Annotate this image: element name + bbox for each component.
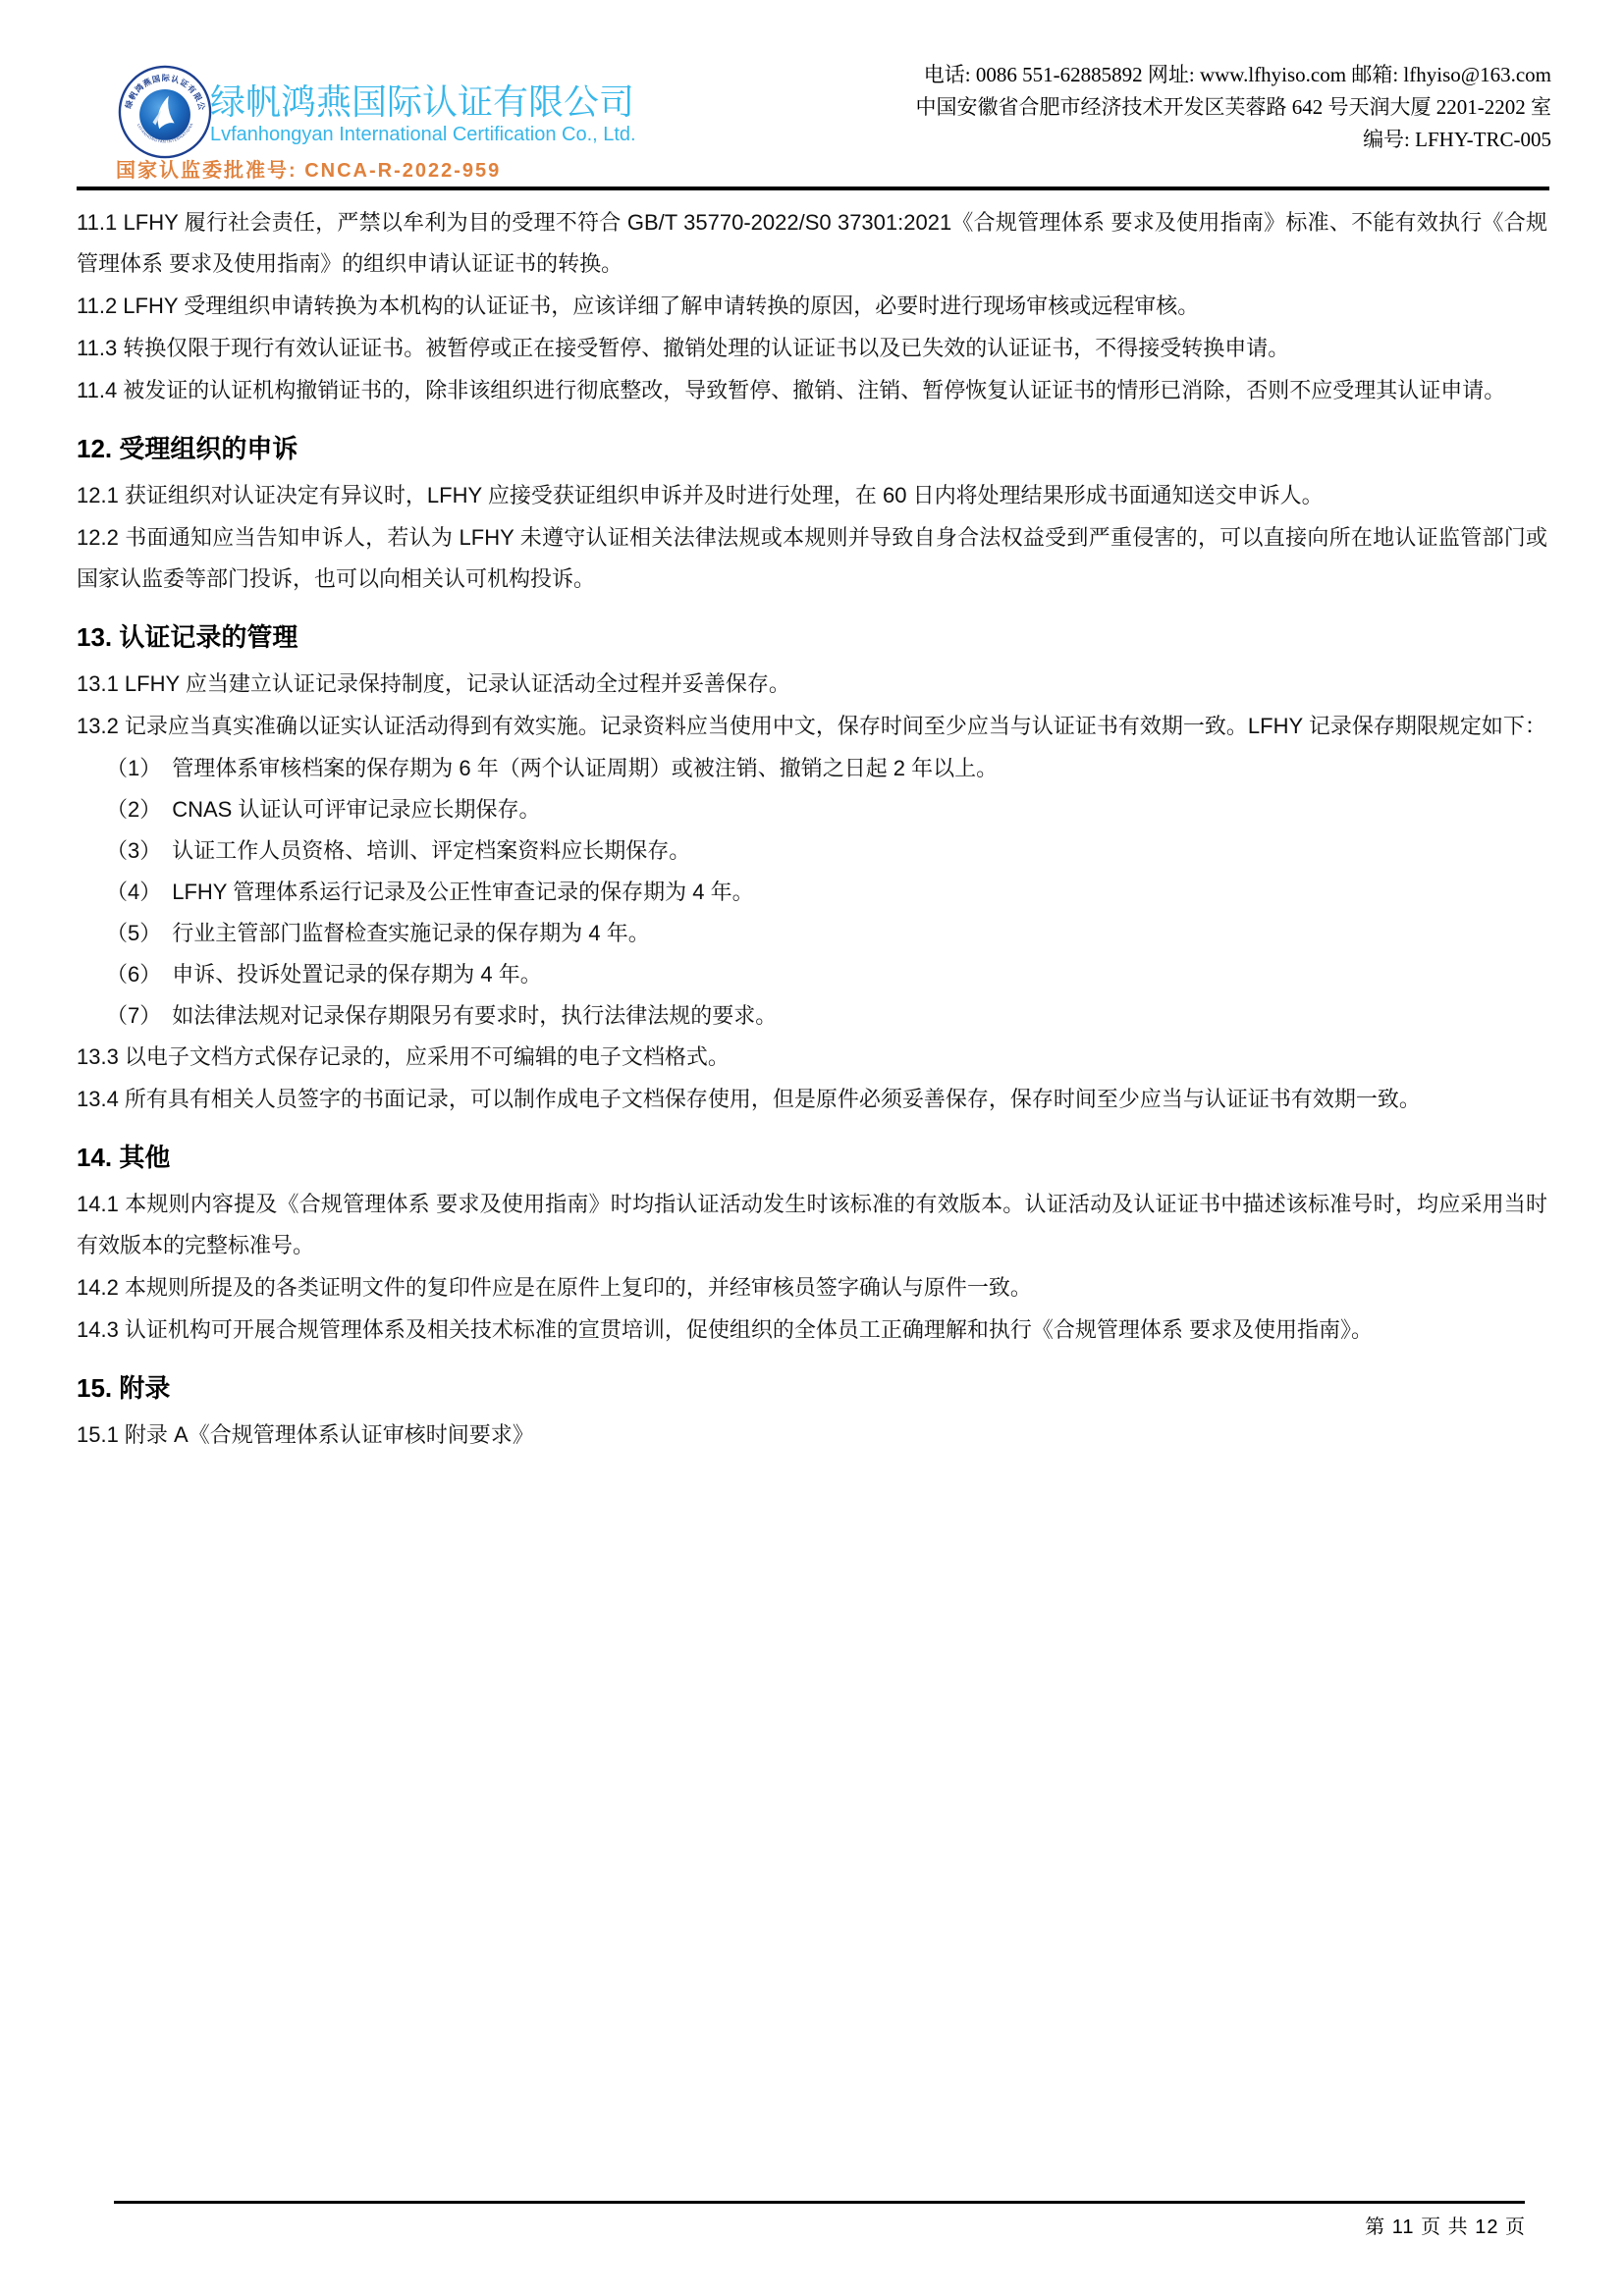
approval-number: 国家认监委批准号: CNCA-R-2022-959 xyxy=(116,154,501,183)
company-logo-icon: 绿帆鸿燕国际认证有限公司 LVFANHONGYAN INTERNATIONAL … xyxy=(118,65,212,159)
paragraph-11-3: 11.3 转换仅限于现行有效认证证书。被暂停或正在接受暂停、撤销处理的认证证书以… xyxy=(77,328,1547,369)
page-number: 第 11 页 共 12 页 xyxy=(1365,2211,1526,2239)
paragraph-13-1: 13.1 LFHY 应当建立认证记录保持制度，记录认证活动全过程并妥善保存。 xyxy=(77,664,1547,705)
paragraph-12-1: 12.1 获证组织对认证决定有异议时，LFHY 应接受获证组织申诉并及时进行处理… xyxy=(77,475,1547,516)
paragraph-11-2: 11.2 LFHY 受理组织申请转换为本机构的认证证书，应该详细了解申请转换的原… xyxy=(77,286,1547,327)
section-15-heading: 15. 附录 xyxy=(77,1366,1547,1410)
section-15: 15. 附录 15.1 附录 A《合规管理体系认证审核时间要求》 xyxy=(77,1366,1547,1456)
paragraph-14-1: 14.1 本规则内容提及《合规管理体系 要求及使用指南》时均指认证活动发生时该标… xyxy=(77,1184,1547,1266)
paragraph-14-3: 14.3 认证机构可开展合规管理体系及相关技术标准的宣贯培训，促使组织的全体员工… xyxy=(77,1309,1547,1351)
doc-number: 编号: LFHY-TRC-005 xyxy=(916,124,1552,156)
company-name-en: Lvfanhongyan International Certification… xyxy=(210,124,636,146)
section-11: 11.1 LFHY 履行社会责任，严禁以牟利为目的受理不符合 GB/T 3577… xyxy=(77,202,1547,411)
section-13: 13. 认证记录的管理 13.1 LFHY 应当建立认证记录保持制度，记录认证活… xyxy=(77,615,1547,1120)
contact-line-phone-web-mail: 电话: 0086 551-62885892 网址: www.lfhyiso.co… xyxy=(916,59,1552,91)
contact-line-address: 中国安徽省合肥市经济技术开发区芙蓉路 642 号天润大厦 2201-2202 室 xyxy=(916,91,1552,124)
retention-list: （1） 管理体系审核档案的保存期为 6 年（两个认证周期）或被注销、撤销之日起 … xyxy=(77,748,1547,1037)
paragraph-13-3: 13.3 以电子文档方式保存记录的，应采用不可编辑的电子文档格式。 xyxy=(77,1037,1547,1078)
list-item-4: （4） LFHY 管理体系运行记录及公正性审查记录的保存期为 4 年。 xyxy=(106,872,1547,913)
list-item-3: （3） 认证工作人员资格、培训、评定档案资料应长期保存。 xyxy=(106,830,1547,872)
paragraph-11-1: 11.1 LFHY 履行社会责任，严禁以牟利为目的受理不符合 GB/T 3577… xyxy=(77,202,1547,285)
list-item-6: （6） 申诉、投诉处置记录的保存期为 4 年。 xyxy=(106,954,1547,995)
footer-divider xyxy=(114,2201,1525,2204)
section-14: 14. 其他 14.1 本规则内容提及《合规管理体系 要求及使用指南》时均指认证… xyxy=(77,1136,1547,1351)
list-item-5: （5） 行业主管部门监督检查实施记录的保存期为 4 年。 xyxy=(106,913,1547,954)
paragraph-15-1: 15.1 附录 A《合规管理体系认证审核时间要求》 xyxy=(77,1415,1547,1456)
section-12: 12. 受理组织的申诉 12.1 获证组织对认证决定有异议时，LFHY 应接受获… xyxy=(77,427,1547,600)
section-14-heading: 14. 其他 xyxy=(77,1136,1547,1179)
list-item-7: （7） 如法律法规对记录保存期限另有要求时，执行法律法规的要求。 xyxy=(106,995,1547,1037)
document-page: 绿帆鸿燕国际认证有限公司 LVFANHONGYAN INTERNATIONAL … xyxy=(0,0,1624,2296)
list-item-1: （1） 管理体系审核档案的保存期为 6 年（两个认证周期）或被注销、撤销之日起 … xyxy=(106,748,1547,789)
paragraph-11-4: 11.4 被发证的认证机构撤销证书的，除非该组织进行彻底整改，导致暂停、撤销、注… xyxy=(77,370,1547,411)
company-name-zh: 绿帆鸿燕国际认证有限公司 xyxy=(210,75,634,125)
paragraph-14-2: 14.2 本规则所提及的各类证明文件的复印件应是在原件上复印的，并经审核员签字确… xyxy=(77,1267,1547,1308)
header-divider xyxy=(77,187,1549,190)
list-item-2: （2） CNAS 认证认可评审记录应长期保存。 xyxy=(106,789,1547,830)
paragraph-12-2: 12.2 书面通知应当告知申诉人，若认为 LFHY 未遵守认证相关法律法规或本规… xyxy=(77,517,1547,600)
paragraph-13-2: 13.2 记录应当真实准确以证实认证活动得到有效实施。记录资料应当使用中文，保存… xyxy=(77,706,1547,747)
section-12-heading: 12. 受理组织的申诉 xyxy=(77,427,1547,470)
contact-block: 电话: 0086 551-62885892 网址: www.lfhyiso.co… xyxy=(916,59,1552,156)
section-13-heading: 13. 认证记录的管理 xyxy=(77,615,1547,659)
paragraph-13-4: 13.4 所有具有相关人员签字的书面记录，可以制作成电子文档保存使用，但是原件必… xyxy=(77,1079,1547,1120)
document-body: 11.1 LFHY 履行社会责任，严禁以牟利为目的受理不符合 GB/T 3577… xyxy=(77,202,1547,1457)
